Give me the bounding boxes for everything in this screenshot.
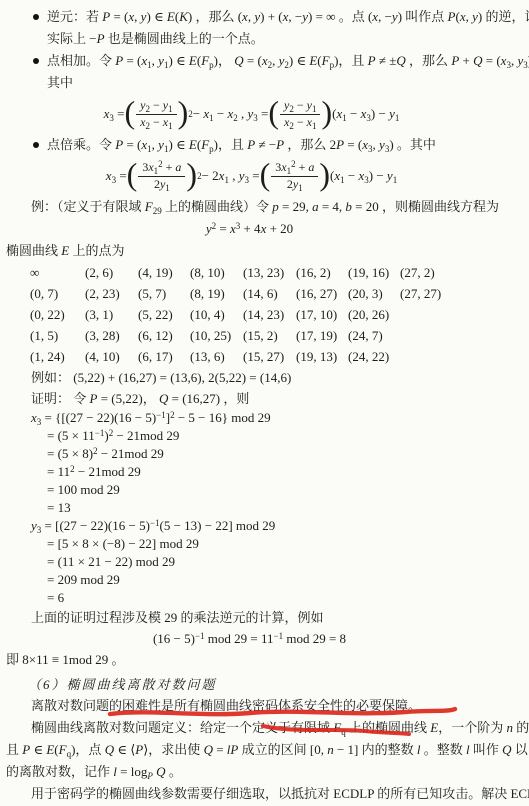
point-cell: (20, 26) <box>348 304 400 325</box>
point-cell: (16, 2) <box>296 262 348 283</box>
point-cell: (10, 4) <box>190 304 243 325</box>
example-intro-line: 例：（定义于有限域 F29 上的椭圆曲线）令 p = 29, a = 4, b … <box>0 196 529 218</box>
point-cell: (8, 10) <box>190 262 243 283</box>
derivation-line: = 209 mod 29 <box>0 571 529 589</box>
fraction-denominator: 2y1 <box>271 176 318 192</box>
derivation-text: y3 = [(27 − 22)(16 − 5)−1(5 − 13) − 22] … <box>31 518 275 533</box>
curve-equation-text: y2 = x3 + 4x + 20 <box>206 221 293 236</box>
example-intro-text: 例：（定义于有限域 F29 上的椭圆曲线）令 p = 29, a = 4, b … <box>31 199 499 214</box>
fraction-denominator: x2 − x1 <box>136 114 176 130</box>
derivation-line: = (5 × 11−1)2 − 21mod 29 <box>0 427 529 445</box>
derivation-line: = 6 <box>0 589 529 607</box>
point-cell: (27, 27) <box>400 283 529 304</box>
derivation-text: = 209 mod 29 <box>47 572 120 587</box>
paragraph-ecdlp-def-line2: 且 P ∈ E(Fq)，点 Q ∈ ⟨P⟩，求出使 Q = lP 成立的区间 [… <box>0 739 529 761</box>
point-cell: (13, 6) <box>190 346 243 367</box>
point-cell: (2, 23) <box>85 283 138 304</box>
formula-x3-lhs: x3 = <box>104 106 125 122</box>
bullet-point-add-line1: 点相加。令 P = (x1, y1) ∈ E(Fp)， Q = (x2, y2)… <box>0 50 529 72</box>
bullet-inverse-line2: 实际上 −P 也是椭圆曲线上的一个点。 <box>0 28 529 50</box>
proof-setup-line: 证明： 令 P = (5,22)， Q = (16,27) ，则 <box>0 388 529 409</box>
among-which-label: 其中 <box>47 75 73 90</box>
tangent-fraction: 3x12 + a2y1 <box>271 161 318 192</box>
paragraph-parameters: 用于密码学的椭圆曲线参数需要仔细选取，以抵抗对 ECDLP 的所有已知攻击。解决… <box>0 783 529 805</box>
ecdlp-def-text1: 椭圆曲线离散对数问题定义：给定一个定义于有限域 Fq 上的椭圆曲线 E，一个阶为… <box>31 720 529 735</box>
x3-derivation: x3 = {[(27 − 22)(16 − 5)−1]2 − 5 − 16} m… <box>0 409 529 517</box>
point-cell: (15, 27) <box>243 346 296 367</box>
bullet-inverse-text1: 逆元：若 P = (x, y) ∈ E(K) ，那么 (x, y) + (x, … <box>47 9 529 24</box>
derivation-line: = (5 × 8)2 − 21mod 29 <box>0 445 529 463</box>
point-cell: (4, 19) <box>138 262 190 283</box>
paragraph-security: 离散对数问题的困难性是所有椭圆曲线密码体系安全性的必要保障。 <box>0 695 529 717</box>
point-cell: (5, 22) <box>138 304 190 325</box>
point-cell: (6, 12) <box>138 325 190 346</box>
inverse-equation: (16 − 5)−1 mod 29 = 11−1 mod 29 = 8 <box>0 628 529 649</box>
point-cell: (2, 6) <box>85 262 138 283</box>
derivation-line: x3 = {[(27 − 22)(16 − 5)−1]2 − 5 − 16} m… <box>0 409 529 427</box>
fraction-denominator: x2 − x1 <box>280 114 320 130</box>
scanned-textbook-page: 逆元：若 P = (x, y) ∈ E(K) ，那么 (x, y) + (x, … <box>0 0 529 806</box>
points-label-line: 椭圆曲线 E 上的点为 <box>0 240 529 262</box>
bullet-dot-icon <box>33 142 39 148</box>
derivation-text: = (5 × 11−1)2 − 21mod 29 <box>47 428 179 443</box>
curve-points-table: ∞(2, 6)(4, 19)(8, 10)(13, 23)(16, 2)(19,… <box>30 262 529 367</box>
mod-inverse-note-text: 上面的证明过程涉及模 29 的乘法逆元的计算，例如 <box>31 610 324 625</box>
fraction-numerator: y2 − y1 <box>280 99 320 114</box>
point-cell: (19, 13) <box>296 346 348 367</box>
ecdlp-def-text2: 且 P ∈ E(Fq)，点 Q ∈ ⟨P⟩，求出使 Q = lP 成立的区间 [… <box>6 742 529 757</box>
bullet-inverse-text2: 实际上 −P 也是椭圆曲线上的一个点。 <box>47 31 264 46</box>
derivation-text: = 6 <box>47 590 64 605</box>
point-cell: (27, 2) <box>400 262 529 283</box>
point-doubling-formula: x3 = (3x12 + a2y1)2 − 2x1 , y3 = (3x12 +… <box>0 156 529 196</box>
point-addition-formula: x3 = (y2 − y1x2 − x1)2 − x1 − x2 , y3 = … <box>0 94 529 134</box>
fraction-numerator: 3x12 + a <box>138 161 185 176</box>
derivation-text: = [5 × 8 × (−8) − 22] mod 29 <box>47 536 199 551</box>
formula-middle: − 2x1 , y3 = <box>202 168 260 184</box>
point-cell: ∞ <box>30 262 85 283</box>
formula-tail: (x1 − x3) − y1 <box>330 168 397 184</box>
paragraph-security-text: 离散对数问题的困难性是所有椭圆曲线密码体系安全性的必要保障。 <box>31 698 421 713</box>
bullet-point-add-line2: 其中 <box>0 72 529 94</box>
proof-setup-text: 证明： 令 P = (5,22)， Q = (16,27) ，则 <box>31 391 249 406</box>
points-label-text: 椭圆曲线 E 上的点为 <box>6 243 124 258</box>
slope-fraction: y2 − y1x2 − x1 <box>136 99 176 130</box>
point-cell: (19, 16) <box>348 262 400 283</box>
derivation-text: = 13 <box>47 500 71 515</box>
section-heading: （6）椭圆曲线离散对数问题 <box>0 674 529 695</box>
slope-fraction: y2 − y1x2 − x1 <box>280 99 320 130</box>
point-cell: (10, 25) <box>190 325 243 346</box>
formula-middle: − x1 − x2 , y3 = <box>193 106 269 122</box>
formula-x3-lhs: x3 = <box>106 168 127 184</box>
bullet-inverse-line1: 逆元：若 P = (x, y) ∈ E(K) ，那么 (x, y) + (x, … <box>0 6 529 28</box>
point-cell: (4, 10) <box>85 346 138 367</box>
paragraph-parameters-text: 用于密码学的椭圆曲线参数需要仔细选取，以抵抗对 ECDLP 的所有已知攻击。解决… <box>31 786 529 801</box>
point-cell: (3, 28) <box>85 325 138 346</box>
point-cell: (0, 22) <box>30 304 85 325</box>
derivation-line: = [5 × 8 × (−8) − 22] mod 29 <box>0 535 529 553</box>
derivation-line: y3 = [(27 − 22)(16 − 5)−1(5 − 13) − 22] … <box>0 517 529 535</box>
derivation-text: = 100 mod 29 <box>47 482 120 497</box>
point-cell: (24, 22) <box>348 346 400 367</box>
point-cell: (20, 3) <box>348 283 400 304</box>
point-cell: (0, 7) <box>30 283 85 304</box>
formula-tail: (x1 − x3) − y1 <box>332 106 399 122</box>
bullet-dot-icon <box>33 58 39 64</box>
inverse-check-text: 即 8×11 ≡ 1mod 29 。 <box>6 652 125 667</box>
worked-example-line: 例如： (5,22) + (16,27) = (13,6), 2(5,22) =… <box>0 367 529 388</box>
ecdlp-def-text3: 的离散对数，记作 l = logP Q 。 <box>6 764 182 779</box>
point-cell: (13, 23) <box>243 262 296 283</box>
derivation-line: = (11 × 21 − 22) mod 29 <box>0 553 529 571</box>
point-cell: (3, 1) <box>85 304 138 325</box>
point-cell <box>400 325 529 346</box>
bullet-point-add-text: 点相加。令 P = (x1, y1) ∈ E(Fp)， Q = (x2, y2)… <box>47 53 529 68</box>
point-cell: (17, 19) <box>296 325 348 346</box>
point-cell: (8, 19) <box>190 283 243 304</box>
section-heading-text: （6）椭圆曲线离散对数问题 <box>28 677 217 692</box>
derivation-line: = 112 − 21mod 29 <box>0 463 529 481</box>
inverse-equation-text: (16 − 5)−1 mod 29 = 11−1 mod 29 = 8 <box>153 631 346 646</box>
point-cell: (1, 5) <box>30 325 85 346</box>
bullet-point-double-text: 点倍乘。令 P = (x1, y1) ∈ E(Fp)，且 P ≠ −P ，那么 … <box>47 137 436 152</box>
derivation-text: = 112 − 21mod 29 <box>47 464 141 479</box>
bullet-point-double-line: 点倍乘。令 P = (x1, y1) ∈ E(Fp)，且 P ≠ −P ，那么 … <box>0 134 529 156</box>
page-content: 逆元：若 P = (x, y) ∈ E(K) ，那么 (x, y) + (x, … <box>0 0 529 806</box>
point-cell: (6, 17) <box>138 346 190 367</box>
point-cell: (14, 23) <box>243 304 296 325</box>
fraction-numerator: 3x12 + a <box>271 161 318 176</box>
derivation-text: x3 = {[(27 − 22)(16 − 5)−1]2 − 5 − 16} m… <box>31 410 271 425</box>
derivation-text: = (5 × 8)2 − 21mod 29 <box>47 446 164 461</box>
point-cell: (1, 24) <box>30 346 85 367</box>
derivation-line: = 13 <box>0 499 529 517</box>
point-cell: (17, 10) <box>296 304 348 325</box>
point-cell <box>400 346 529 367</box>
point-cell: (15, 2) <box>243 325 296 346</box>
inverse-check-line: 即 8×11 ≡ 1mod 29 。 <box>0 649 529 670</box>
tangent-fraction: 3x12 + a2y1 <box>138 161 185 192</box>
point-cell <box>400 304 529 325</box>
point-cell: (24, 7) <box>348 325 400 346</box>
point-cell: (14, 6) <box>243 283 296 304</box>
derivation-line: = 100 mod 29 <box>0 481 529 499</box>
y3-derivation: y3 = [(27 − 22)(16 − 5)−1(5 − 13) − 22] … <box>0 517 529 607</box>
point-cell: (16, 27) <box>296 283 348 304</box>
worked-example-text: 例如： (5,22) + (16,27) = (13,6), 2(5,22) =… <box>31 370 291 385</box>
paragraph-ecdlp-def-line1: 椭圆曲线离散对数问题定义：给定一个定义于有限域 Fq 上的椭圆曲线 E，一个阶为… <box>0 717 529 739</box>
mod-inverse-note: 上面的证明过程涉及模 29 的乘法逆元的计算，例如 <box>0 607 529 628</box>
derivation-text: = (11 × 21 − 22) mod 29 <box>47 554 175 569</box>
fraction-denominator: 2y1 <box>138 176 185 192</box>
point-cell: (5, 7) <box>138 283 190 304</box>
curve-equation: y2 = x3 + 4x + 20 <box>0 218 529 240</box>
bullet-dot-icon <box>33 14 39 20</box>
paragraph-ecdlp-def-line3: 的离散对数，记作 l = logP Q 。 <box>0 761 529 783</box>
fraction-numerator: y2 − y1 <box>136 99 176 114</box>
